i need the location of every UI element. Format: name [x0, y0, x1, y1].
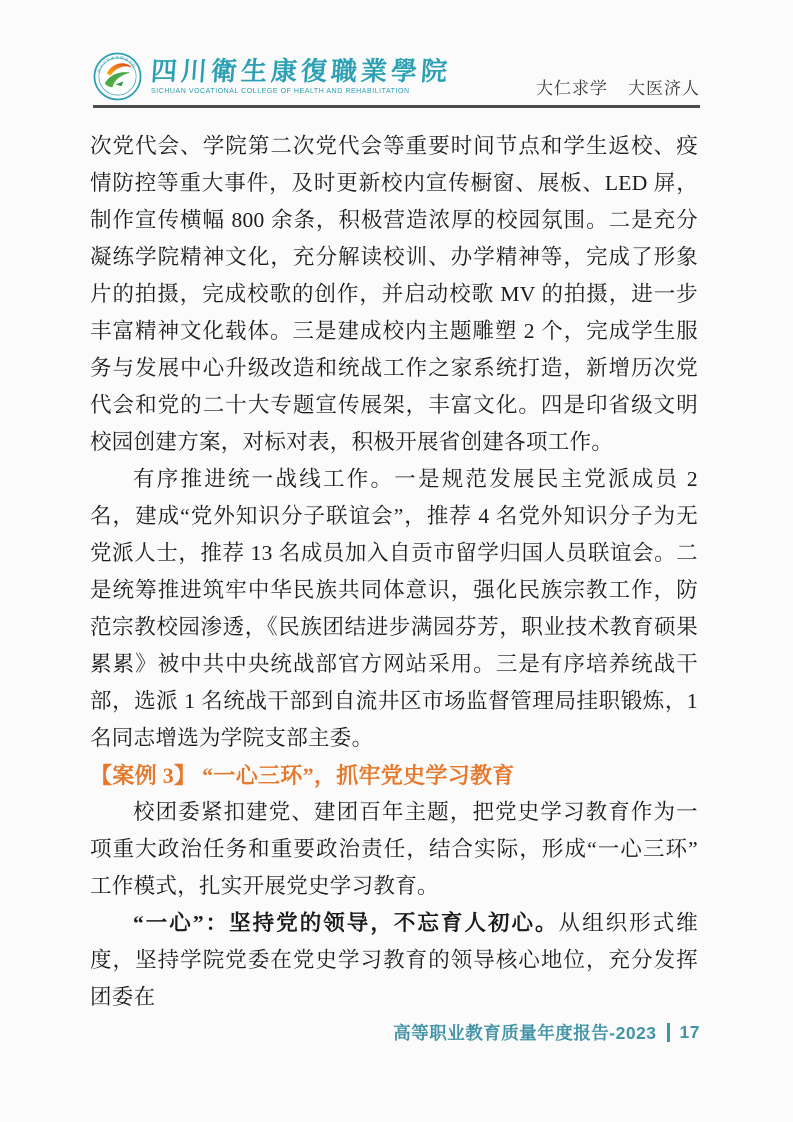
page-number: 17	[680, 1022, 700, 1043]
footer-separator	[667, 1023, 670, 1042]
bold-text-segment: “一心”：坚持党的领导，不忘育人初心。	[133, 911, 559, 935]
text-segment: 校团委紧扣建党、建团百年主题，把党史学习教育作为一项重大政治任务和重要政治责任，…	[90, 800, 698, 898]
motto-phrase-left: 大仁求学	[536, 74, 608, 99]
college-name-block: 四川衛生康復職業學院 SICHUAN VOCATIONAL COLLEGE OF…	[151, 58, 451, 95]
body-paragraph: “一心”：坚持党的领导，不忘育人初心。从组织形式维度，坚持学院党委在党史学习教育…	[90, 905, 698, 1016]
document-body: 次党代会、学院第二次党代会等重要时间节点和学生返校、疫情防控等重大事件，及时更新…	[90, 128, 698, 1016]
bold-text-segment: 【案例 3】 “一心三环”，抓牢党史学习教育	[90, 763, 515, 788]
body-paragraph: 校团委紧扣建党、建团百年主题，把党史学习教育作为一项重大政治任务和重要政治责任，…	[90, 794, 698, 905]
college-seal-icon: 四川卫生康复职业学院	[93, 52, 142, 101]
header-rule	[93, 105, 700, 108]
body-paragraph: 有序推进统一战线工作。一是规范发展民主党派成员 2 名，建成“党外知识分子联谊会…	[90, 461, 698, 757]
case-heading: 【案例 3】 “一心三环”，抓牢党史学习教育	[90, 757, 698, 794]
text-segment: 次党代会、学院第二次党代会等重要时间节点和学生返校、疫情防控等重大事件，及时更新…	[90, 134, 698, 454]
college-logo: 四川卫生康复职业学院 四川衛生康復職業學院 SICHUAN VOCATIONAL…	[93, 52, 451, 101]
page-header: 四川卫生康复职业学院 四川衛生康復職業學院 SICHUAN VOCATIONAL…	[93, 0, 700, 108]
page-footer: 高等职业教育质量年度报告-2023 17	[393, 1020, 700, 1045]
document-page: 四川卫生康复职业学院 四川衛生康復職業學院 SICHUAN VOCATIONAL…	[0, 0, 793, 1122]
report-title: 高等职业教育质量年度报告-2023	[393, 1020, 656, 1045]
college-name-en: SICHUAN VOCATIONAL COLLEGE OF HEALTH AND…	[151, 88, 451, 95]
college-name-zh: 四川衛生康復職業學院	[150, 58, 452, 85]
motto-phrase-right: 大医济人	[628, 74, 700, 99]
college-motto: 大仁求学 大医济人	[536, 74, 700, 99]
text-segment: 有序推进统一战线工作。一是规范发展民主党派成员 2 名，建成“党外知识分子联谊会…	[90, 467, 698, 750]
body-paragraph: 次党代会、学院第二次党代会等重要时间节点和学生返校、疫情防控等重大事件，及时更新…	[90, 128, 698, 461]
